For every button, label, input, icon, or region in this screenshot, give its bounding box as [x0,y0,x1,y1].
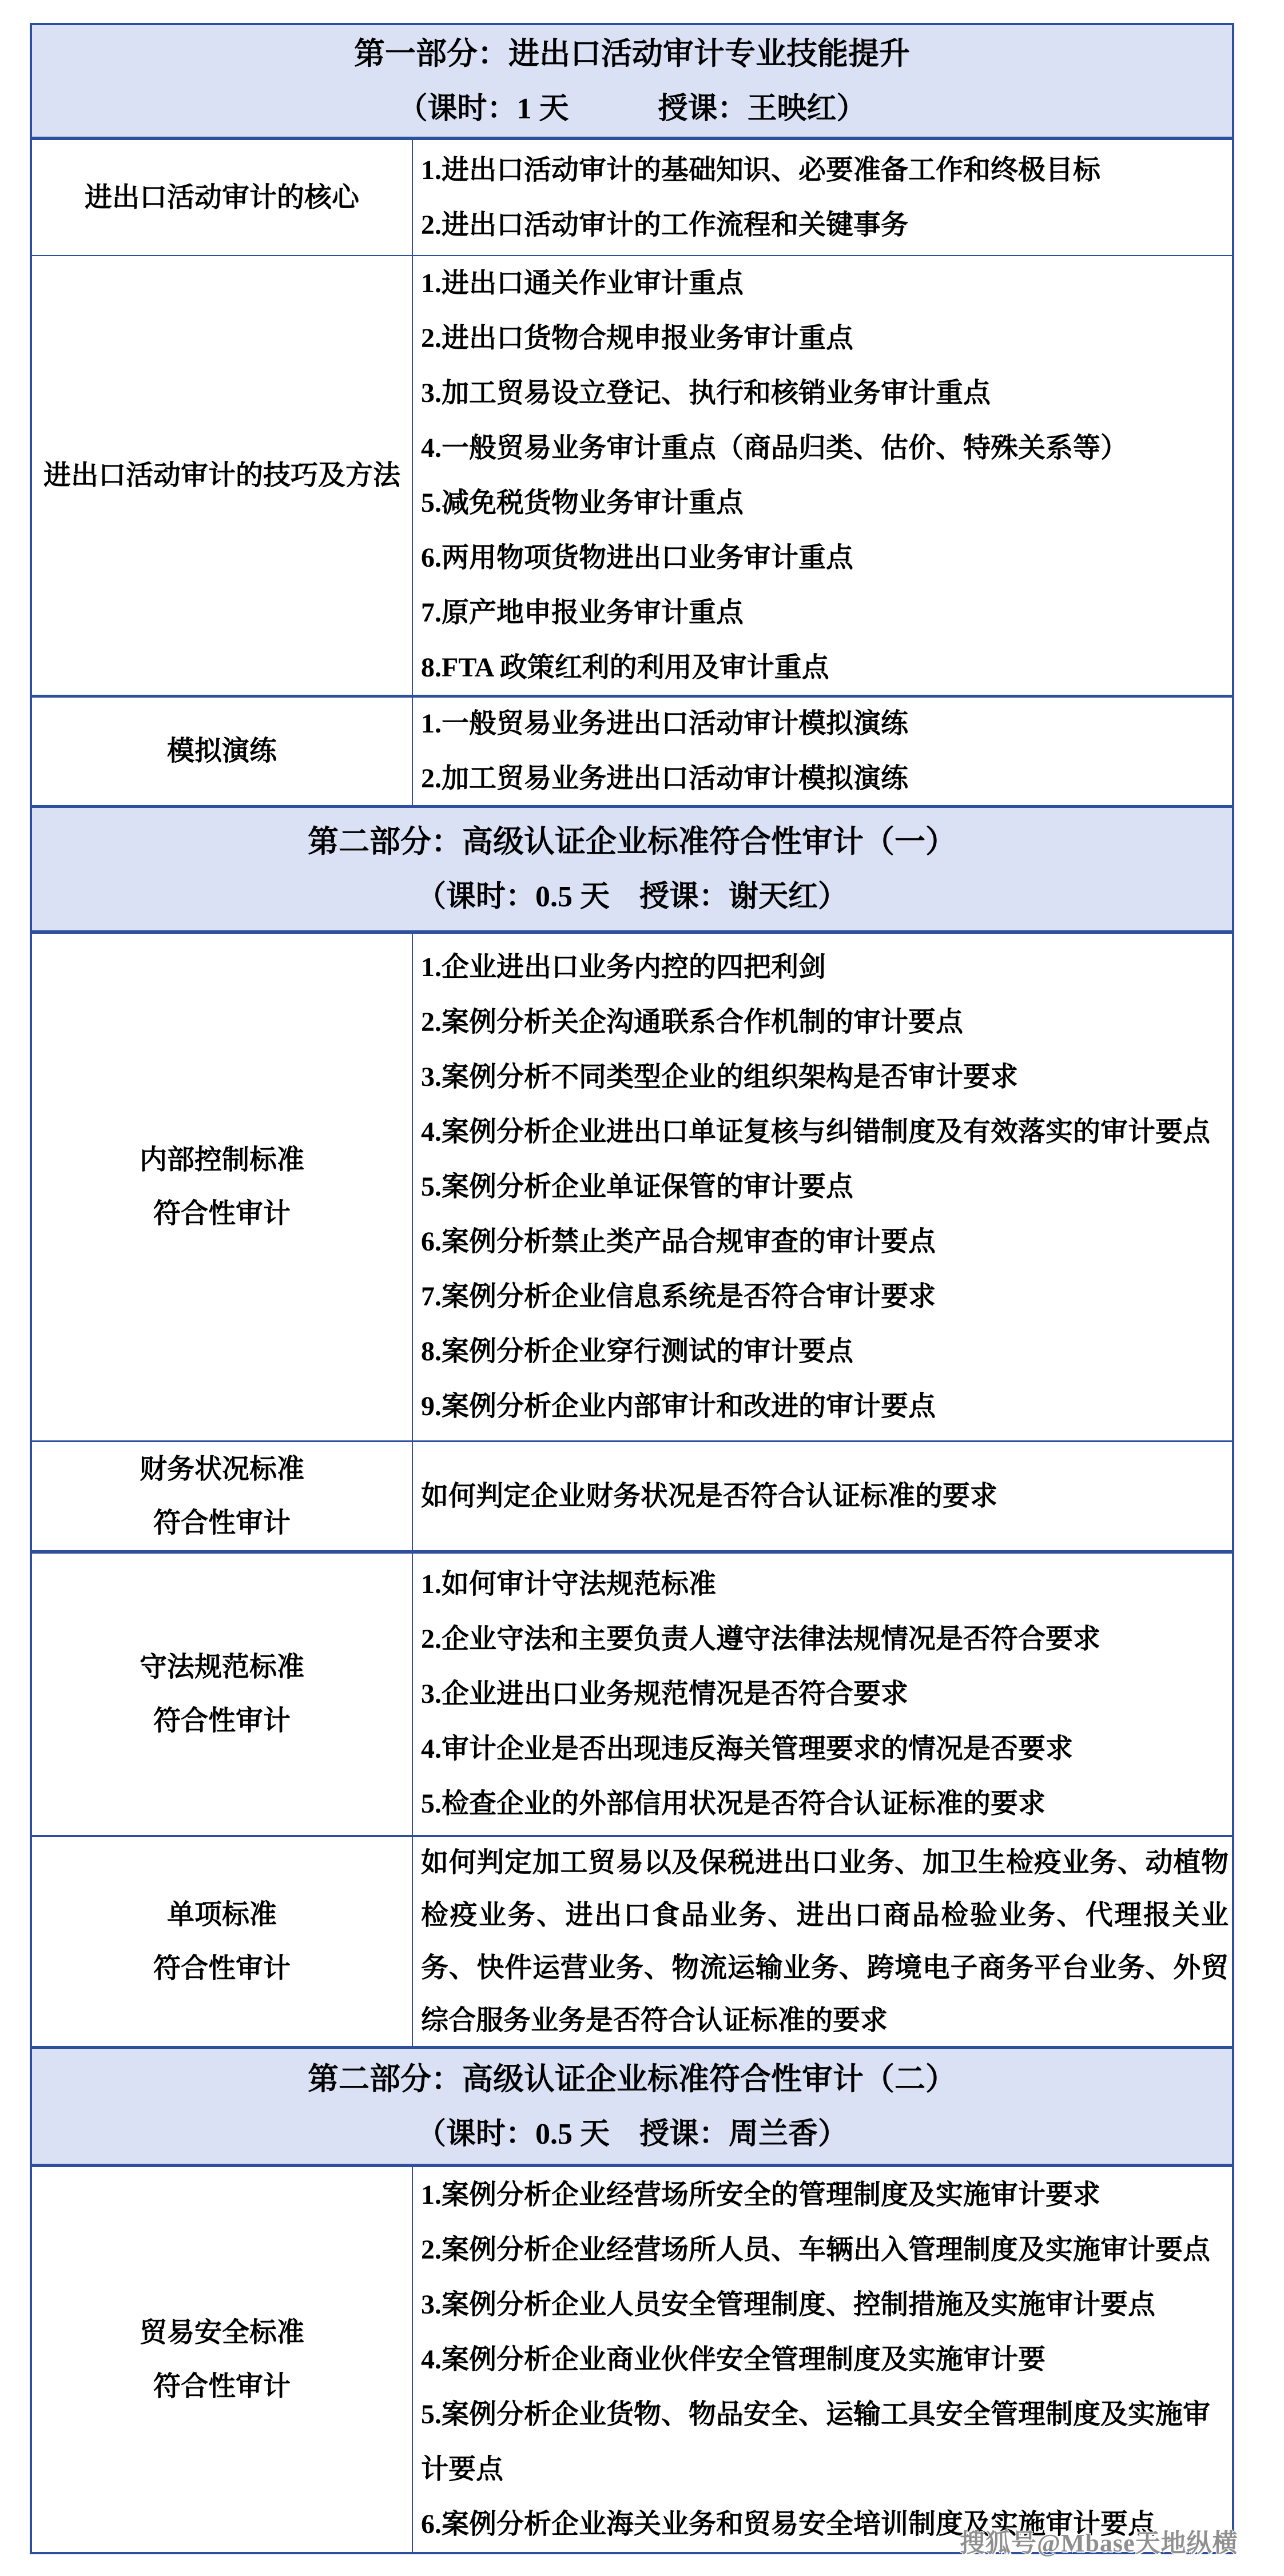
section-header-part1: 第一部分：进出口活动审计专业技能提升 （课时：1 天 授课：王映红） [32,25,1232,140]
sohu-watermark: 搜狐号@Mbase天地纵横 [960,2530,1238,2557]
course-outline-table: 第一部分：进出口活动审计专业技能提升 （课时：1 天 授课：王映红） 进出口活动… [30,23,1234,2554]
row-label: 财务状况标准 符合性审计 [32,1442,413,1550]
course-item: 2.加工贸易业务进出口活动审计模拟演练 [421,751,1229,806]
course-item: 1.进出口通关作业审计重点 [421,256,1229,311]
section-schedule: （课时：0.5 天 授课：周兰香） [416,2118,848,2151]
row-label-line: 进出口活动审计的技巧及方法 [43,449,400,503]
row-label-line: 单项标准 [167,1888,277,1942]
section-title: 第一部分：进出口活动审计专业技能提升 [354,37,910,71]
course-item: 3.加工贸易设立登记、执行和核销业务审计重点 [421,366,1229,421]
table-row: 贸易安全标准 符合性审计 1.案例分析企业经营场所安全的管理制度及实施审计要求 … [32,2167,1232,2552]
row-label-line: 贸易安全标准 [140,2306,304,2360]
course-item: 1.企业进出口业务内控的四把利剑 [421,940,1229,995]
row-content: 1.案例分析企业经营场所安全的管理制度及实施审计要求 2.案例分析企业经营场所人… [413,2167,1232,2552]
section-header-part2b: 第二部分：高级认证企业标准符合性审计（二） （课时：0.5 天 授课：周兰香） [32,2049,1232,2167]
course-item: 1.案例分析企业经营场所安全的管理制度及实施审计要求 [421,2168,1229,2223]
course-item: 1.如何审计守法规范标准 [421,1557,1229,1612]
row-label-line: 符合性审计 [153,1187,291,1241]
row-content: 1.如何审计守法规范标准 2.企业守法和主要负责人遵守法律法规情况是否符合要求 … [413,1554,1232,1835]
course-item: 4.案例分析企业进出口单证复核与纠错制度及有效落实的审计要点 [421,1105,1229,1160]
table-row: 进出口活动审计的技巧及方法 1.进出口通关作业审计重点 2.进出口货物合规申报业… [32,256,1232,698]
course-item: 5.案例分析企业货物、物品安全、运输工具安全管理制度及实施审计要点 [421,2387,1229,2497]
table-row: 单项标准 符合性审计 如何判定加工贸易以及保税进出口业务、加卫生检疫业务、动植物… [32,1837,1232,2049]
section-header-part2a: 第二部分：高级认证企业标准符合性审计（一） （课时：0.5 天 授课：谢天红） [32,808,1232,934]
course-item: 6.案例分析禁止类产品合规审查的审计要点 [421,1215,1229,1269]
row-content: 1.企业进出口业务内控的四把利剑 2.案例分析关企沟通联系合作机制的审计要点 3… [413,934,1232,1440]
course-item: 3.企业进出口业务规范情况是否符合要求 [421,1667,1229,1722]
row-label: 守法规范标准 符合性审计 [32,1554,413,1835]
table-row: 财务状况标准 符合性审计 如何判定企业财务状况是否符合认证标准的要求 [32,1442,1232,1554]
course-item: 5.案例分析企业单证保管的审计要点 [421,1160,1229,1215]
course-item: 1.一般贸易业务进出口活动审计模拟演练 [421,696,1229,751]
course-item: 2.案例分析企业经营场所人员、车辆出入管理制度及实施审计要点 [421,2223,1229,2278]
course-item: 4.一般贸易业务审计重点（商品归类、估价、特殊关系等） [421,421,1229,476]
section-schedule: （课时：1 天 授课：王映红） [397,93,866,126]
table-row: 守法规范标准 符合性审计 1.如何审计守法规范标准 2.企业守法和主要负责人遵守… [32,1554,1232,1837]
row-content: 1.进出口活动审计的基础知识、必要准备工作和终极目标 2.进出口活动审计的工作流… [413,140,1232,255]
row-label: 内部控制标准 符合性审计 [32,934,413,1440]
course-item: 3.案例分析企业人员安全管理制度、控制措施及实施审计要点 [421,2278,1229,2332]
row-label-line: 符合性审计 [153,1942,291,1996]
course-item: 4.审计企业是否出现违反海关管理要求的情况是否要求 [421,1722,1229,1777]
section-title: 第二部分：高级认证企业标准符合性审计（一） [308,825,956,859]
course-item: 2.企业守法和主要负责人遵守法律法规情况是否符合要求 [421,1612,1229,1667]
row-label-line: 符合性审计 [153,2360,291,2414]
table-row: 内部控制标准 符合性审计 1.企业进出口业务内控的四把利剑 2.案例分析关企沟通… [32,934,1232,1442]
row-label-line: 进出口活动审计的核心 [85,171,359,225]
course-item: 8.FTA 政策红利的利用及审计重点 [421,640,1229,695]
course-item: 5.检查企业的外部信用状况是否符合认证标准的要求 [421,1777,1229,1832]
course-item: 7.原产地申报业务审计重点 [421,586,1229,640]
row-content: 如何判定加工贸易以及保税进出口业务、加卫生检疫业务、动植物检疫业务、进出口食品业… [413,1837,1232,2046]
row-content: 如何判定企业财务状况是否符合认证标准的要求 [413,1442,1232,1550]
row-label: 进出口活动审计的核心 [32,140,413,255]
row-content: 1.进出口通关作业审计重点 2.进出口货物合规申报业务审计重点 3.加工贸易设立… [413,256,1232,695]
table-row: 模拟演练 1.一般贸易业务进出口活动审计模拟演练 2.加工贸易业务进出口活动审计… [32,698,1232,808]
course-item: 7.案例分析企业信息系统是否符合审计要求 [421,1269,1229,1324]
row-label-line: 财务状况标准 [140,1443,304,1496]
row-label-line: 内部控制标准 [140,1133,304,1187]
course-item: 2.进出口活动审计的工作流程和关键事务 [421,198,1229,253]
course-item: 5.减免税货物业务审计重点 [421,476,1229,531]
course-item: 8.案例分析企业穿行测试的审计要点 [421,1324,1229,1379]
course-item: 如何判定企业财务状况是否符合认证标准的要求 [421,1469,1229,1524]
row-label: 模拟演练 [32,698,413,805]
course-item: 6.两用物项货物进出口业务审计重点 [421,531,1229,586]
section-title: 第二部分：高级认证企业标准符合性审计（二） [308,2062,956,2096]
course-item: 2.进出口货物合规申报业务审计重点 [421,311,1229,366]
course-item: 9.案例分析企业内部审计和改进的审计要点 [421,1379,1229,1434]
course-item: 3.案例分析不同类型企业的组织架构是否审计要求 [421,1050,1229,1105]
row-label-line: 模拟演练 [167,724,277,778]
course-paragraph: 如何判定加工贸易以及保税进出口业务、加卫生检疫业务、动植物检疫业务、进出口食品业… [421,1837,1229,2047]
row-label: 贸易安全标准 符合性审计 [32,2167,413,2552]
table-row: 进出口活动审计的核心 1.进出口活动审计的基础知识、必要准备工作和终极目标 2.… [32,140,1232,256]
row-content: 1.一般贸易业务进出口活动审计模拟演练 2.加工贸易业务进出口活动审计模拟演练 [413,698,1232,805]
row-label-line: 守法规范标准 [140,1641,304,1694]
course-item: 4.案例分析企业商业伙伴安全管理制度及实施审计要 [421,2332,1229,2387]
section-schedule: （课时：0.5 天 授课：谢天红） [416,881,848,914]
row-label-line: 符合性审计 [153,1496,291,1550]
row-label-line: 符合性审计 [153,1694,291,1748]
course-item: 1.进出口活动审计的基础知识、必要准备工作和终极目标 [421,143,1229,198]
row-label: 进出口活动审计的技巧及方法 [32,256,413,695]
row-label: 单项标准 符合性审计 [32,1837,413,2046]
course-item: 2.案例分析关企沟通联系合作机制的审计要点 [421,995,1229,1050]
